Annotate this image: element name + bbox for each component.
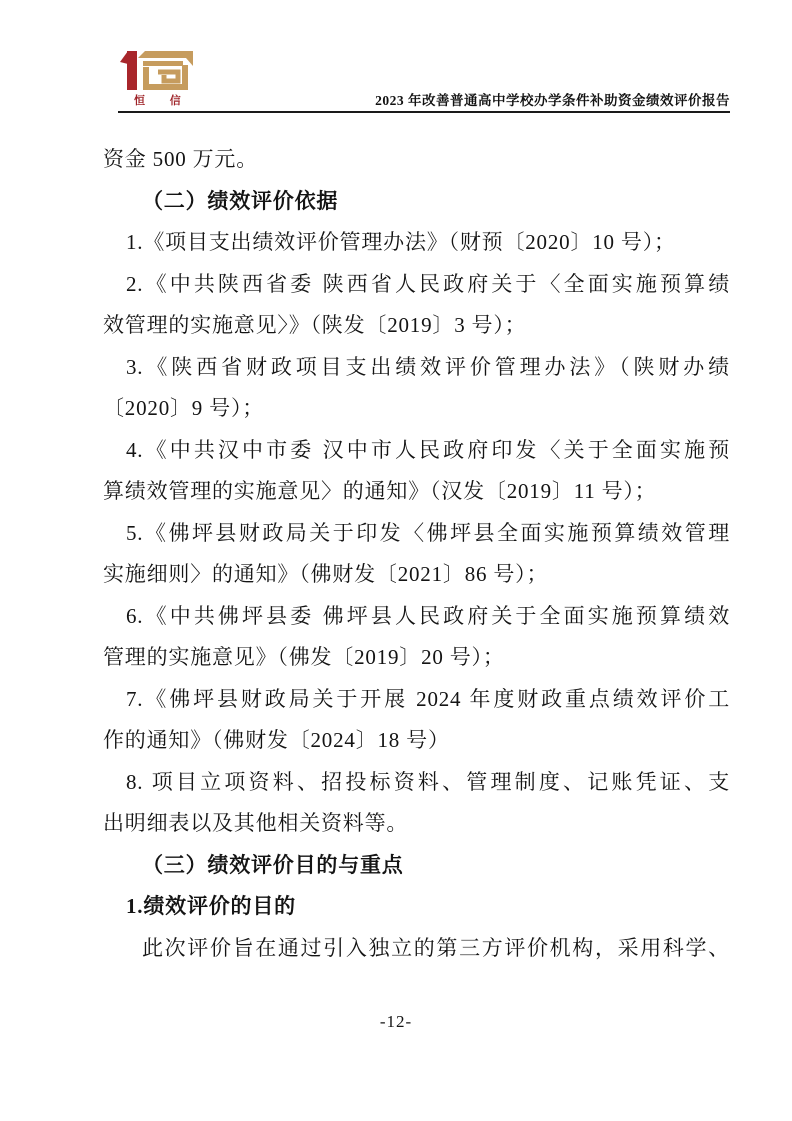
- list-item-line: 4.《中共汉中市委 汉中市人民政府印发〈关于全面实施预: [103, 430, 730, 472]
- section-heading: （三）绩效评价目的与重点: [103, 845, 730, 887]
- list-item: 7.《佛坪县财政局关于开展 2024 年度财政重点绩效评价工 作的通知》（佛财发…: [103, 679, 730, 762]
- list-item-line: 8. 项目立项资料、招投标资料、管理制度、记账凭证、支: [103, 762, 730, 804]
- list-item: 3.《陕西省财政项目支出绩效评价管理办法》（陕财办绩 〔2020〕9 号）；: [103, 347, 730, 430]
- list-item-line: 作的通知》（佛财发〔2024〕18 号）: [103, 720, 730, 762]
- list-item: 2.《中共陕西省委 陕西省人民政府关于〈全面实施预算绩 效管理的实施意见〉》（陕…: [103, 264, 730, 347]
- paragraph-line: 资金 500 万元。: [103, 139, 730, 181]
- list-item: 5.《佛坪县财政局关于印发〈佛坪县全面实施预算绩效管理 实施细则〉的通知》（佛财…: [103, 513, 730, 596]
- sub-heading: 1.绩效评价的目的: [103, 886, 730, 928]
- logo-caption: 恒 信: [134, 92, 192, 108]
- paragraph-line: 此次评价旨在通过引入独立的第三方评价机构，采用科学、: [103, 928, 730, 970]
- list-item-line: 算绩效管理的实施意见〉的通知》（汉发〔2019〕11 号）；: [103, 471, 730, 513]
- section-heading: （二）绩效评价依据: [103, 181, 730, 223]
- list-item-line: 3.《陕西省财政项目支出绩效评价管理办法》（陕财办绩: [103, 347, 730, 389]
- running-header-title: 2023 年改善普通高中学校办学条件补助资金绩效评价报告: [375, 89, 730, 109]
- hengxin-logo-icon: [114, 42, 206, 94]
- list-item-line: 1.《项目支出绩效评价管理办法》（财预〔2020〕10 号）；: [103, 222, 730, 264]
- page-number: -12-: [0, 1012, 792, 1032]
- list-item-line: 7.《佛坪县财政局关于开展 2024 年度财政重点绩效评价工: [103, 679, 730, 721]
- document-page: 恒 信 2023 年改善普通高中学校办学条件补助资金绩效评价报告 资金 500 …: [0, 0, 792, 1121]
- list-item: 1.《项目支出绩效评价管理办法》（财预〔2020〕10 号）；: [103, 222, 730, 264]
- section-heading-line: （二）绩效评价依据: [103, 181, 730, 223]
- paragraph: 资金 500 万元。: [103, 139, 730, 181]
- document-body: 资金 500 万元。 （二）绩效评价依据 1.《项目支出绩效评价管理办法》（财预…: [103, 139, 730, 969]
- list-item-line: 6.《中共佛坪县委 佛坪县人民政府关于全面实施预算绩效: [103, 596, 730, 638]
- company-logo: 恒 信: [114, 42, 214, 112]
- list-item-line: 出明细表以及其他相关资料等。: [103, 803, 730, 845]
- list-item-line: 5.《佛坪县财政局关于印发〈佛坪县全面实施预算绩效管理: [103, 513, 730, 555]
- sub-heading-line: 1.绩效评价的目的: [103, 886, 730, 928]
- list-item-line: 2.《中共陕西省委 陕西省人民政府关于〈全面实施预算绩: [103, 264, 730, 306]
- list-item: 6.《中共佛坪县委 佛坪县人民政府关于全面实施预算绩效 管理的实施意见》（佛发〔…: [103, 596, 730, 679]
- list-item-line: 实施细则〉的通知》（佛财发〔2021〕86 号）；: [103, 554, 730, 596]
- list-item: 4.《中共汉中市委 汉中市人民政府印发〈关于全面实施预 算绩效管理的实施意见〉的…: [103, 430, 730, 513]
- list-item-line: 管理的实施意见》（佛发〔2019〕20 号）；: [103, 637, 730, 679]
- list-item: 8. 项目立项资料、招投标资料、管理制度、记账凭证、支 出明细表以及其他相关资料…: [103, 762, 730, 845]
- header-divider: [118, 111, 730, 113]
- section-heading-line: （三）绩效评价目的与重点: [103, 845, 730, 887]
- paragraph: 此次评价旨在通过引入独立的第三方评价机构，采用科学、: [103, 928, 730, 970]
- list-item-line: 〔2020〕9 号）；: [103, 388, 730, 430]
- list-item-line: 效管理的实施意见〉》（陕发〔2019〕3 号）；: [103, 305, 730, 347]
